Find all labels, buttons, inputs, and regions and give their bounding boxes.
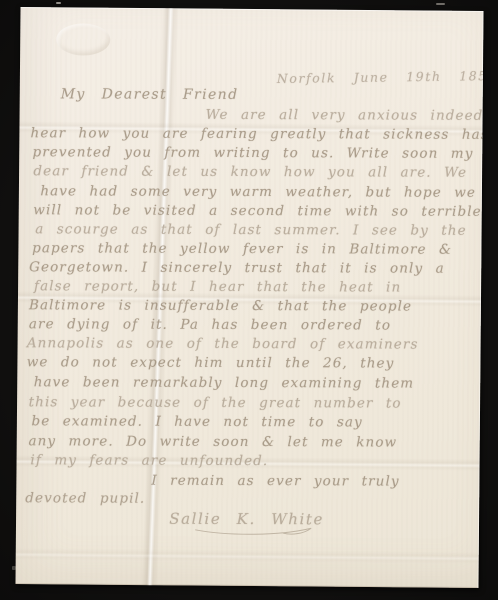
letter-body-line: a scourge as that of last summer. I see … — [35, 221, 467, 239]
letter-closing-line: I remain as ever your truly — [151, 473, 399, 490]
signature-flourish-icon — [193, 525, 323, 537]
letter-salutation: My Dearest Friend — [61, 86, 239, 103]
letter-body-line: if my fears are unfounded. — [30, 452, 268, 469]
letter-body-line: hear how you are fearing greatly that si… — [31, 125, 484, 143]
letter-body-line: have had some very warm weather, but hop… — [40, 183, 476, 201]
letter-body-line: have been remarkably long examining them — [34, 374, 415, 391]
letter-body-line: papers that the yellow fever is in Balti… — [32, 240, 452, 257]
letter-body-line: dear friend & let us know how you all ar… — [33, 163, 467, 181]
letter-body-line: We are all very anxious indeed to — [206, 107, 484, 124]
dust-speck — [436, 3, 445, 5]
letter-body-line: this year because of the great number to — [29, 394, 402, 411]
letter-body-line: any more. Do write soon & let me know — [28, 433, 397, 450]
letter-body-line: false report, but I hear that the heat i… — [34, 278, 401, 295]
handwriting-layer: Norfolk June 19th 1856 My Dearest Friend… — [17, 8, 482, 587]
letter-body-line: Annapolis as one of the board of examine… — [27, 335, 419, 352]
letter-body-line: Georgetown. I sincerely trust that it is… — [29, 259, 445, 276]
letter-body-line: be examined. I have not time to say — [32, 413, 363, 430]
letter-body-line: Baltimore is insufferable & that the peo… — [29, 297, 412, 314]
letter-body-line: we do not expect him until the 26, they — [27, 354, 395, 371]
letter-page: Norfolk June 19th 1856 My Dearest Friend… — [15, 7, 483, 588]
dust-speck — [56, 2, 61, 4]
letter-dateline: Norfolk June 19th 1856 — [277, 68, 484, 86]
letter-body-line: will not be visited a second time with s… — [33, 202, 481, 220]
letter-closing-line: devoted pupil. — [25, 490, 145, 506]
letter-body-line: are dying of it. Pa has been ordered to — [29, 316, 391, 333]
letter-body-line: prevented you from writing to us. Write … — [32, 144, 473, 162]
